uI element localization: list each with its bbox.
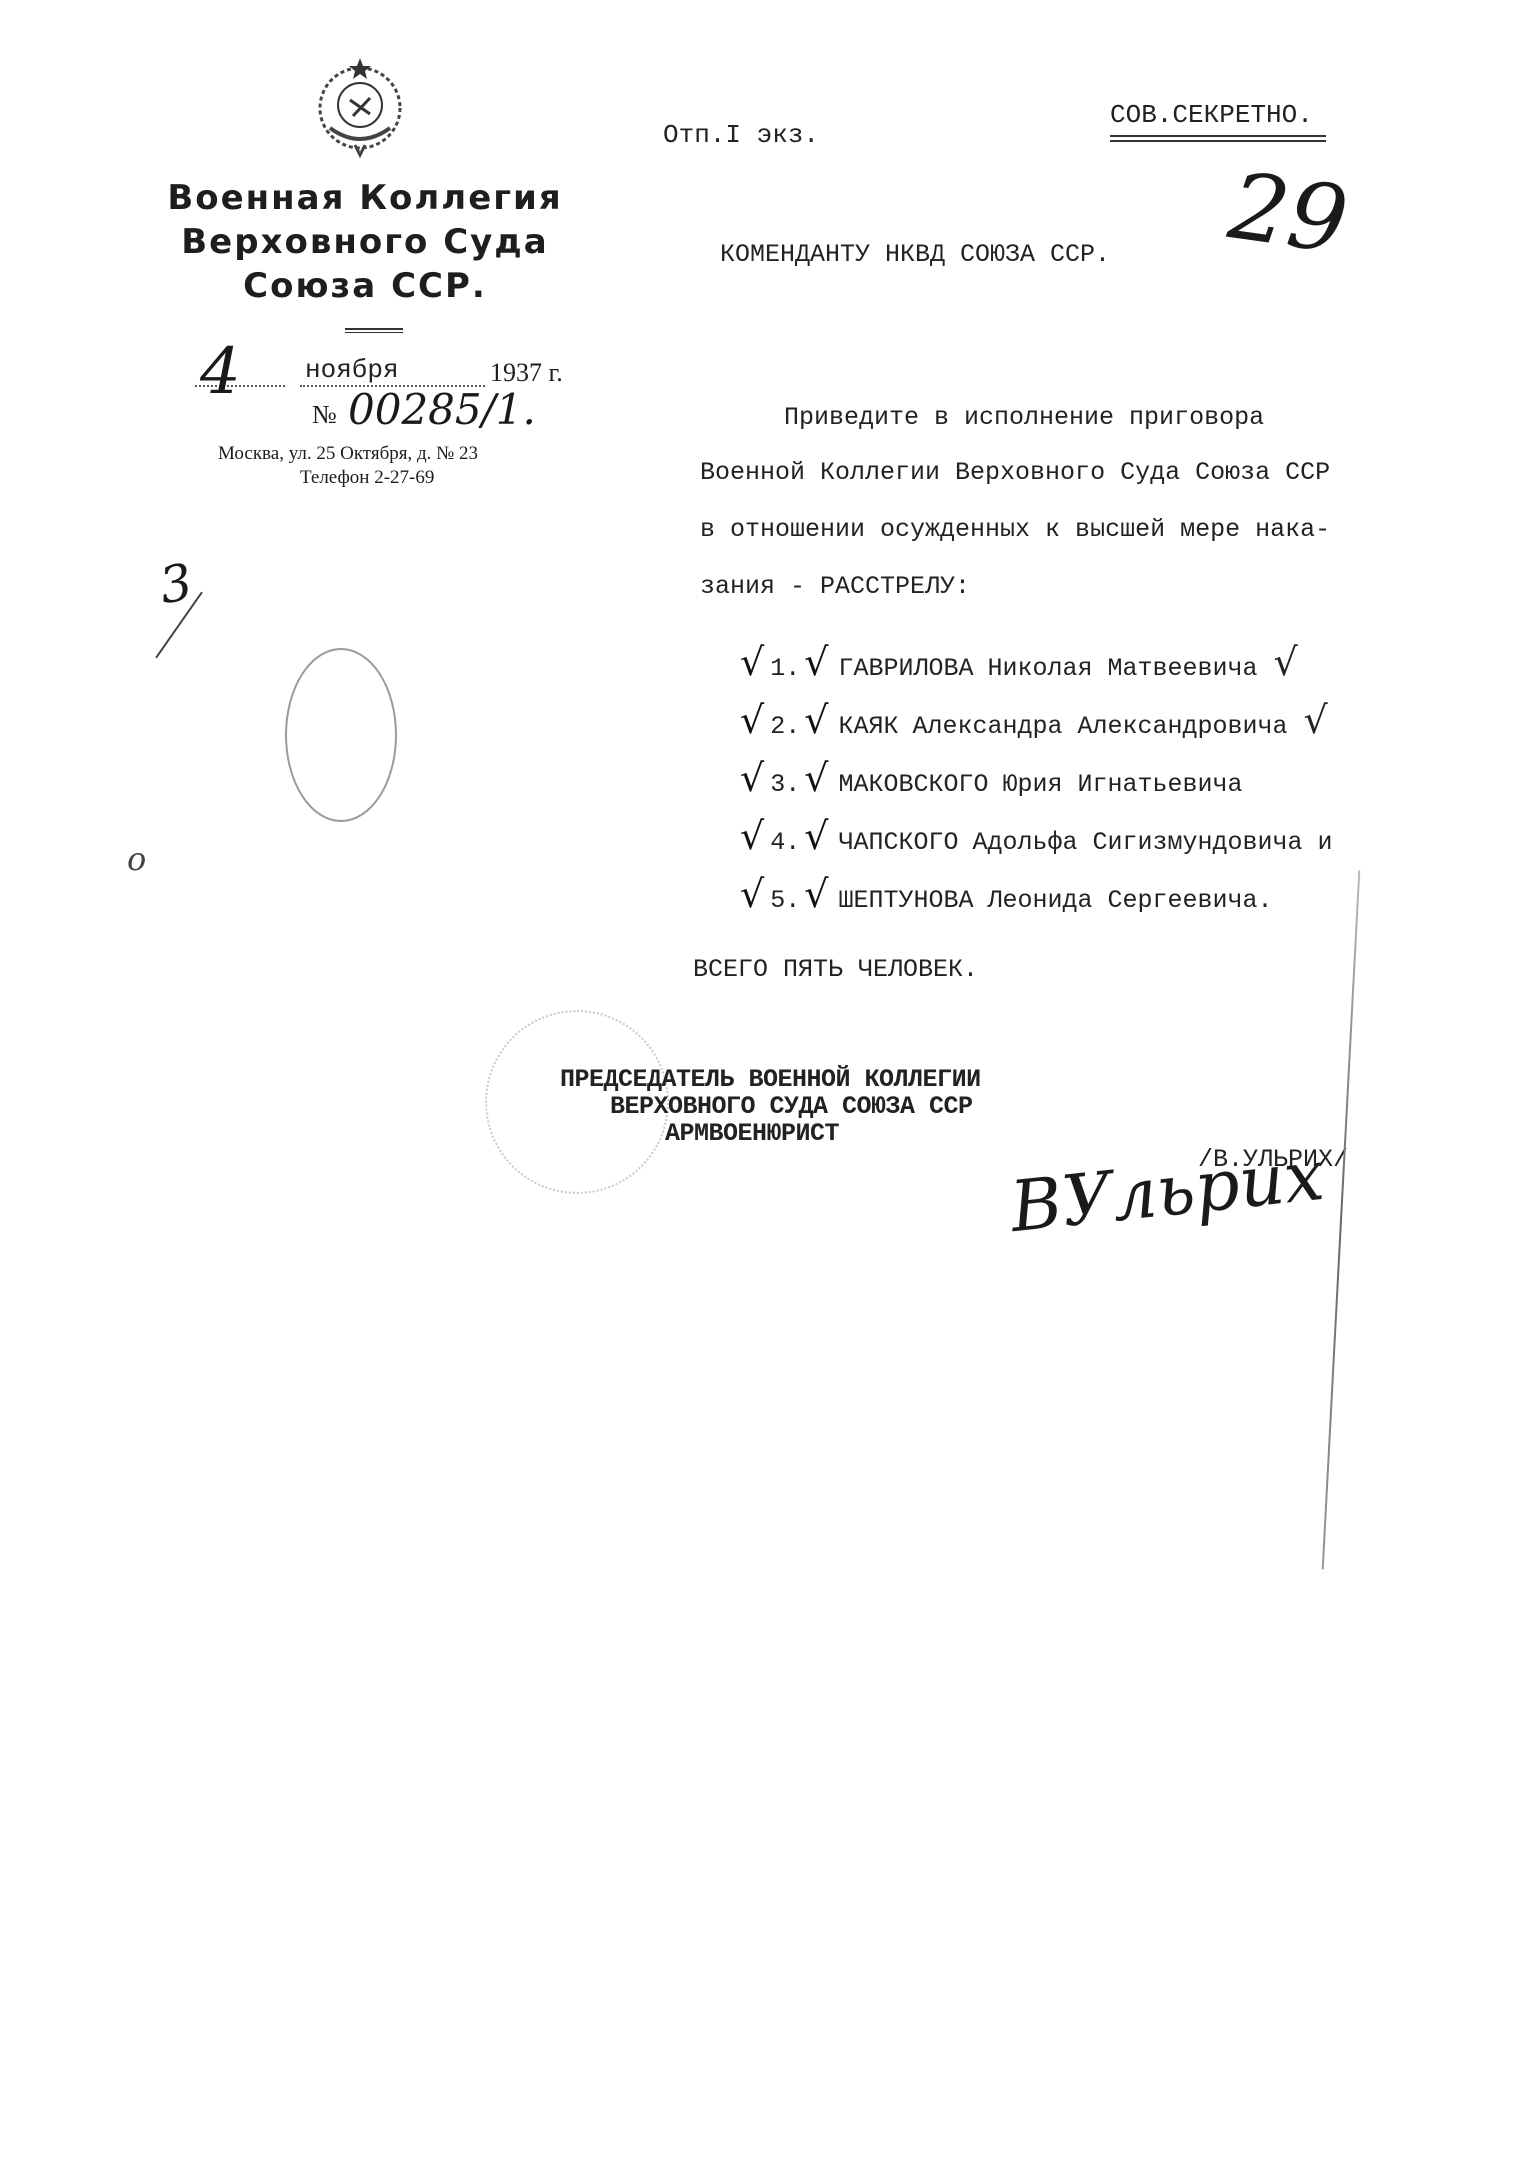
date-month: ноября [305,355,399,385]
letterhead-line: Союза ССР. [150,266,580,306]
check-mark-icon: √ [804,756,828,800]
margin-small-mark: o [127,840,146,878]
check-mark-icon: √ [740,756,764,800]
body-line: Военной Коллегии Верховного Суда Союза С… [700,458,1330,487]
date-year: 1937 г. [490,358,563,388]
total-count: ВСЕГО ПЯТЬ ЧЕЛОВЕК. [693,955,978,984]
classification-stamp: СОВ.СЕКРЕТНО. [1110,100,1313,130]
list-item: √ 5. √ ШЕПТУНОВА Леонида Сергеевича. [740,872,1273,916]
check-mark-icon: √ [740,814,764,858]
list-item: √ 1. √ ГАВРИЛОВА Николая Матвеевича √ [740,640,1298,684]
body-line: Приведите в исполнение приговора [784,403,1264,432]
letterhead-line: Верховного Суда [150,222,580,262]
given-name: Юрия Игнатьевича [1002,770,1242,799]
letterhead-address: Москва, ул. 25 Октября, д. № 23 [218,443,478,465]
check-mark-icon: √ [740,872,764,916]
check-mark-icon: √ [740,640,764,684]
document-number-label: № [312,400,337,430]
check-mark-icon: √ [804,640,828,684]
list-item: √ 2. √ КАЯК Александра Александровича √ [740,698,1328,742]
list-number: 4. [770,828,800,857]
list-number: 5. [770,886,800,915]
check-mark-icon: √ [1274,640,1298,684]
surname: ГАВРИЛОВА [838,654,973,683]
surname: ШЕПТУНОВА [838,886,973,915]
check-mark-icon: √ [740,698,764,742]
surname: КАЯК [838,712,898,741]
body-line: в отношении осужденных к высшей мере нак… [700,515,1330,544]
coat-of-arms-icon [305,50,415,160]
addressee: КОМЕНДАНТУ НКВД СОЮЗА ССР. [720,240,1110,269]
letterhead-line: Военная Коллегия [150,178,580,218]
check-mark-icon: √ [804,698,828,742]
list-item: √ 4. √ ЧАПСКОГО Адольфа Сигизмундовича и [740,814,1333,858]
check-mark-icon: √ [804,814,828,858]
signer-name: /В.УЛЬРИХ/ [1198,1145,1348,1174]
surname: МАКОВСКОГО [838,770,988,799]
letterhead-divider [345,328,403,333]
date-day: 4 [200,335,241,409]
body-line: зания - РАССТРЕЛУ: [700,572,970,601]
surname: ЧАПСКОГО [838,828,958,857]
given-name: Леонида Сергеевича. [987,886,1272,915]
classification-underline [1110,135,1326,142]
given-name: Александра Александровича [912,712,1287,741]
given-name: Николая Матвеевича [987,654,1257,683]
signatory-title-line: АРМВОЕНЮРИСТ [665,1119,839,1148]
given-name: Адольфа Сигизмундовича и [972,828,1332,857]
margin-pencil-line [1322,870,1361,1569]
list-number: 2. [770,712,800,741]
list-item: √ 3. √ МАКОВСКОГО Юрия Игнатьевича [740,756,1243,800]
list-number: 3. [770,770,800,799]
document-number: 00285/1. [348,385,536,434]
check-mark-icon: √ [804,872,828,916]
pencil-oval-mark [285,648,397,822]
list-number: 1. [770,654,800,683]
check-mark-icon: √ [1304,698,1328,742]
letterhead-phone: Телефон 2-27-69 [300,467,434,489]
folio-number: 29 [1223,152,1354,274]
signatory-title-line: ВЕРХОВНОГО СУДА СОЮЗА ССР [610,1092,973,1121]
signatory-title-line: ПРЕДСЕДАТЕЛЬ ВОЕННОЙ КОЛЛЕГИИ [560,1065,981,1094]
copy-note: Отп.I экз. [663,120,819,150]
